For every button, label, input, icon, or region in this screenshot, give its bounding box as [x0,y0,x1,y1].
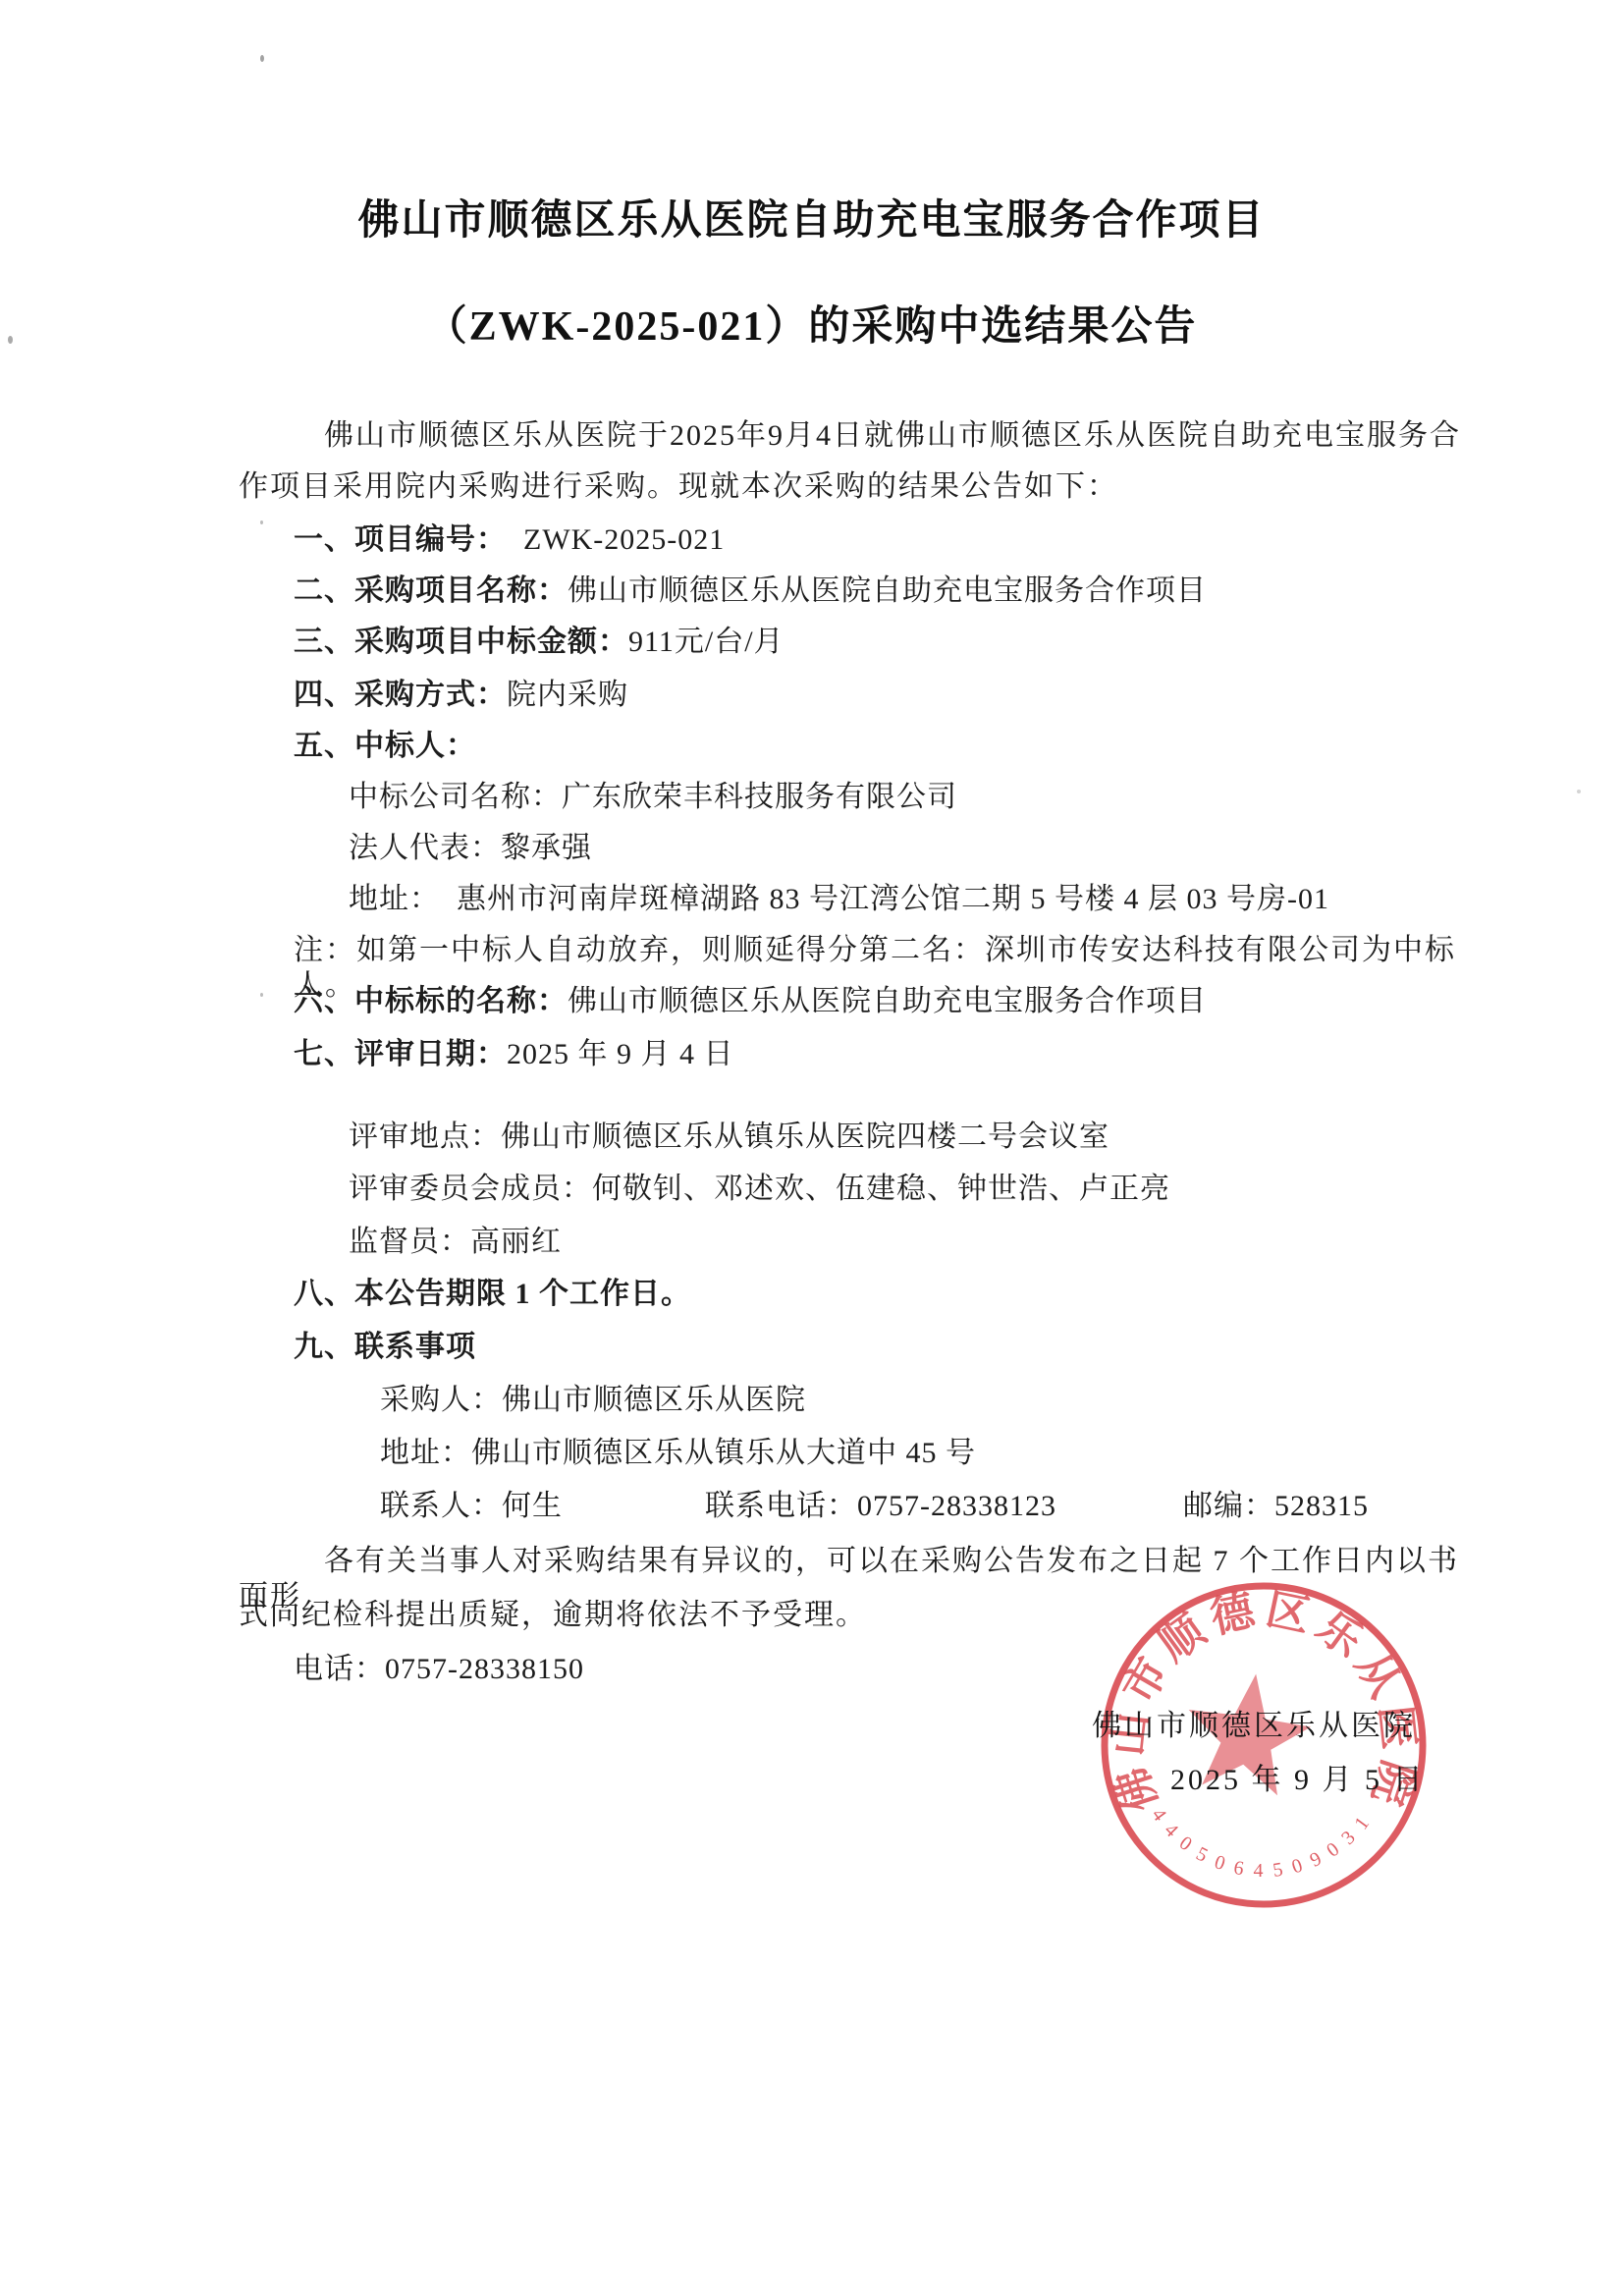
item-project-name-label: 二、采购项目名称： [294,574,568,607]
item-project-name-value: 佛山市顺德区乐从医院自助充电宝服务合作项目 [568,574,1207,607]
purchaser-address: 地址：佛山市顺德区乐从镇乐从大道中 45 号 [239,1436,1478,1471]
purchaser-name: 采购人：佛山市顺德区乐从医院 [239,1383,1478,1418]
item-project-number-value: ZWK-2025-021 [507,523,725,556]
item-award-subject-label: 六、中标标的名称： [294,985,568,1017]
item-project-name: 二、采购项目名称：佛山市顺德区乐从医院自助充电宝服务合作项目 [239,574,1478,609]
contact-phone: 联系电话：0757-28338123 [705,1489,1056,1524]
svg-text:4405064509031: 4405064509031 [1147,1804,1380,1882]
contact-person: 联系人：何生 [380,1489,563,1524]
signature-organization: 佛山市顺德区乐从医院 [1092,1709,1416,1744]
item-project-number-label: 一、项目编号： [294,523,507,556]
signature-date: 2025 年 9 月 5 日 [1170,1763,1426,1798]
winner-legal-representative: 法人代表：黎承强 [239,831,1478,866]
scan-speck [1577,790,1581,793]
item-winner-heading: 五、中标人： [239,729,1478,764]
item-contact-heading: 九、联系事项 [239,1330,1478,1365]
item-review-date-value: 2025 年 9 月 4 日 [507,1038,734,1070]
item-review-date: 七、评审日期：2025 年 9 月 4 日 [239,1037,1478,1072]
item-review-date-label: 七、评审日期： [294,1038,507,1070]
scan-speck [260,520,263,524]
winner-company-name: 中标公司名称：广东欣荣丰科技服务有限公司 [239,780,1478,815]
item-procurement-method-value: 院内采购 [507,679,628,711]
document-title-line2: （ZWK-2025-021）的采购中选结果公告 [0,302,1623,352]
scan-speck [260,993,263,997]
review-committee-members: 评审委员会成员：何敬钊、邓述欢、伍建稳、钟世浩、卢正亮 [239,1172,1478,1207]
contact-postal-code: 邮编：528315 [1183,1489,1369,1524]
item-award-subject-value: 佛山市顺德区乐从医院自助充电宝服务合作项目 [568,985,1207,1017]
official-seal: 佛山市顺德区乐从医院 4405064509031 [1093,1577,1434,1919]
item-project-number: 一、项目编号： ZWK-2025-021 [239,522,1478,558]
item-procurement-method: 四、采购方式：院内采购 [239,678,1478,713]
intro-paragraph-line1: 佛山市顺德区乐从医院于2025年9月4日就佛山市顺德区乐从医院自助充电宝服务合 [239,418,1478,454]
item-award-amount-label: 三、采购项目中标金额： [294,626,628,658]
item-award-subject: 六、中标标的名称：佛山市顺德区乐从医院自助充电宝服务合作项目 [239,984,1478,1019]
scan-speck [8,336,13,344]
item-procurement-method-label: 四、采购方式： [294,679,507,711]
item-announcement-period: 八、本公告期限 1 个工作日。 [239,1277,1478,1312]
scan-speck [260,55,264,62]
review-supervisor: 监督员：高丽红 [239,1225,1478,1260]
review-location: 评审地点：佛山市顺德区乐从镇乐从医院四楼二号会议室 [239,1120,1478,1155]
item-award-amount-value: 911元/台/月 [628,626,784,658]
intro-paragraph-line2: 作项目采用院内采购进行采购。现就本次采购的结果公告如下： [239,469,1478,505]
document-page: 佛山市顺德区乐从医院自助充电宝服务合作项目 （ZWK-2025-021）的采购中… [0,0,1623,2296]
seal-serial-number: 4405064509031 [1147,1804,1380,1882]
contact-row: 联系人：何生 联系电话：0757-28338123 邮编：528315 [239,1489,1478,1524]
item-award-amount: 三、采购项目中标金额：911元/台/月 [239,625,1478,660]
document-title-line1: 佛山市顺德区乐从医院自助充电宝服务合作项目 [0,196,1623,246]
winner-address: 地址： 惠州市河南岸斑樟湖路 83 号江湾公馆二期 5 号楼 4 层 03 号房… [239,882,1478,917]
